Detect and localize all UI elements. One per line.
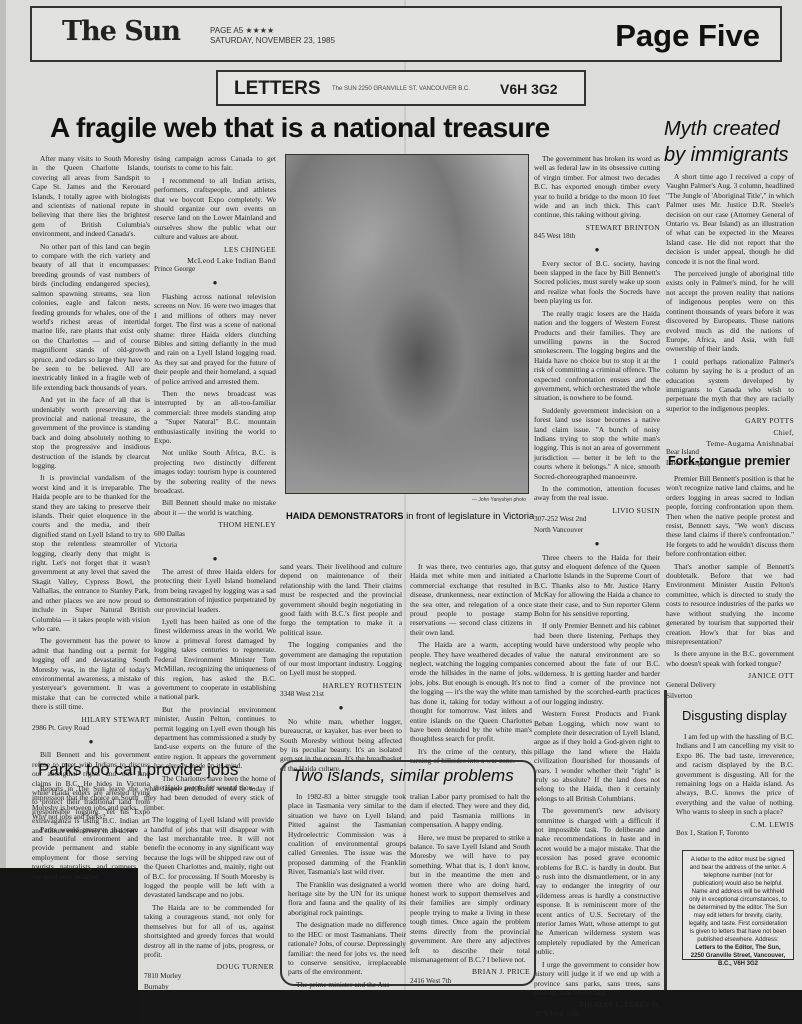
- letters-banner: LETTERS The SUN 2250 GRANVILLE ST. VANCO…: [216, 70, 586, 106]
- address: North Vancouver: [534, 526, 660, 535]
- paragraph: The arrest of three Haida elders for pro…: [154, 567, 276, 614]
- paragraph: Flashing across national television scre…: [154, 292, 276, 386]
- notice-text: A letter to the editor must be signed an…: [689, 857, 788, 943]
- paragraph: No other part of this land can begin to …: [32, 242, 150, 393]
- address: 2986 Pt. Grey Road: [32, 724, 150, 733]
- signature: THOMAS L. PERRY Jr.: [534, 1000, 660, 1009]
- letters-policy-notice: A letter to the editor must be signed an…: [682, 850, 794, 960]
- column-rule: [664, 690, 667, 990]
- islands-col-1: In 1982-83 a bitter struggle took place …: [288, 792, 406, 992]
- address: 3348 West 21st: [280, 690, 402, 699]
- issue-date: SATURDAY, NOVEMBER 23, 1985: [210, 36, 335, 46]
- address: 7810 Morley: [144, 972, 274, 981]
- page-info: PAGE A5 ★★★★ SATURDAY, NOVEMBER 23, 1985: [210, 26, 335, 46]
- background-dark-bottom: [138, 990, 802, 1024]
- signature-org: Teme-Augama Anishnabai: [666, 439, 794, 448]
- newspaper-logo: The Sun: [62, 16, 180, 47]
- paragraph: That's another sample of Bennett's doubl…: [666, 562, 794, 647]
- main-col-2: tising campaign across Canada to get tou…: [154, 154, 276, 795]
- letters-address: The SUN 2250 GRANVILLE ST. VANCOUVER B.C…: [332, 86, 470, 92]
- paragraph: The Franklin was designated a world heri…: [288, 880, 406, 918]
- signature: HILARY STEWART: [32, 715, 150, 724]
- paragraph: The perceived jungle of aboriginal title…: [666, 269, 794, 354]
- signature: DOUG TURNER: [144, 962, 274, 971]
- disgust-headline: Disgusting display: [682, 708, 787, 723]
- paragraph: I urge the government to consider how hi…: [534, 960, 660, 998]
- section-title: Page Five: [615, 18, 760, 54]
- address: General Delivery: [666, 681, 794, 690]
- address: 2416 West 7th: [410, 977, 530, 986]
- paragraph: Every sector of B.C. society, having bee…: [534, 259, 660, 306]
- address: Burnaby: [144, 983, 274, 992]
- paragraph: The Haida are to be commended for taking…: [144, 903, 274, 959]
- letters-label: LETTERS: [234, 78, 321, 100]
- address: 3876 West 15th: [534, 1010, 660, 1019]
- paragraph: Western Forest Products and Frank Beban …: [534, 709, 660, 803]
- signature: BRIAN J. PRICE: [410, 967, 530, 976]
- disgust-letter: I am fed up with the hassling of B.C. In…: [676, 732, 794, 840]
- paragraph: sand years. Their livelihood and culture…: [280, 562, 402, 637]
- photo-caption: HAIDA DEMONSTRATORS in front of legislat…: [286, 510, 534, 521]
- separator-bullet: ●: [534, 539, 660, 548]
- signature: C.M. LEWIS: [676, 820, 794, 829]
- paragraph: Not unlike South Africa, B.C. is project…: [154, 448, 276, 495]
- paragraph: Parks would preserve that rare and beaut…: [32, 825, 138, 881]
- main-col-4: It was there, two centuries ago, that Ha…: [410, 562, 532, 769]
- paragraph: The really tragic losers are the Haida n…: [534, 309, 660, 403]
- paragraph: Three cheers to the Haida for their guts…: [534, 553, 660, 619]
- signature: THOM HENLEY: [154, 520, 276, 529]
- paragraph: In 1982-83 a bitter struggle took place …: [288, 792, 406, 877]
- paragraph: Lyell has been hailed as one of the fine…: [154, 617, 276, 702]
- paragraph: Here, we must be prepared to strike a ba…: [410, 833, 530, 965]
- separator-bullet: ●: [534, 245, 660, 254]
- signature: JANICE OTT: [666, 671, 794, 680]
- paragraph: It was there, two centuries ago, that Ha…: [410, 562, 532, 637]
- page-label: PAGE A5 ★★★★: [210, 26, 335, 36]
- paragraph: And yet in the face of all that is unden…: [32, 395, 150, 470]
- paragraph: A short time ago I received a copy of Va…: [666, 172, 794, 266]
- separator-bullet: ●: [154, 554, 276, 563]
- address: 307-252 West 2nd: [534, 515, 660, 524]
- background-dark: [0, 868, 138, 1024]
- separator-bullet: ●: [154, 278, 276, 287]
- islands-col-2: tralian Labor party promised to halt the…: [410, 792, 530, 988]
- address: Prince George: [154, 265, 276, 274]
- paragraph: I am fed up with the hassling of B.C. In…: [676, 732, 794, 817]
- signature: LIVIO SUSIN: [534, 506, 660, 515]
- signature-title: Chief,: [666, 428, 794, 437]
- paragraph: Then the news broadcast was interrupted …: [154, 389, 276, 445]
- address: 600 Dallas: [154, 530, 276, 539]
- masthead: The Sun PAGE A5 ★★★★ SATURDAY, NOVEMBER …: [30, 6, 782, 62]
- paragraph: If only Premier Bennett and his cabinet …: [534, 621, 660, 706]
- paragraph: The logging of Lyell Island will provide…: [144, 815, 274, 900]
- paragraph: Is there anyone in the B.C. government w…: [666, 649, 794, 668]
- parks-headline: Parks too can provide jobs: [38, 760, 238, 780]
- address: Victoria: [154, 541, 276, 550]
- fork-headline: Fork-tongue premier: [668, 454, 790, 468]
- paragraph: The logging companies and the government…: [280, 640, 402, 678]
- paragraph: I could perhaps rationalize Palmer's col…: [666, 357, 794, 413]
- photo-credit: — John Yanyshyn photo: [472, 497, 526, 503]
- paragraph: Bill Bennett should make no mistake abou…: [154, 498, 276, 517]
- page-edge: [0, 0, 6, 870]
- main-col-3: sand years. Their livelihood and culture…: [280, 562, 402, 776]
- parks-col-1: Reports in The Sun leave the impression …: [32, 784, 138, 884]
- signature: LES CHINGEE: [154, 245, 276, 254]
- main-headline: A fragile web that is a national treasur…: [50, 112, 550, 144]
- paragraph: tising campaign across Canada to get tou…: [154, 154, 276, 173]
- paragraph: Premier Bill Bennett's position is that …: [666, 474, 794, 559]
- caption-rest: in front of legislature in Victoria: [404, 510, 535, 521]
- signature: HARLEY ROTHSTEIN: [280, 681, 402, 690]
- signature-org: McLeod Lake Indian Band: [154, 256, 276, 265]
- paragraph: In the commotion, attention focuses away…: [534, 484, 660, 503]
- paragraph: After many visits to South Moresby in th…: [32, 154, 150, 239]
- separator-bullet: ●: [32, 737, 150, 746]
- paragraph: The designation made no difference to th…: [288, 920, 406, 976]
- myth-headline: Myth created by immigrants: [664, 116, 794, 168]
- paragraph: The government's new advisory committee …: [534, 806, 660, 957]
- main-col-1: After many visits to South Moresby in th…: [32, 154, 150, 838]
- paragraph: The government has the power to admit th…: [32, 636, 150, 711]
- address: Box 1, Station F, Toronto: [676, 829, 794, 838]
- paragraph: Reports in The Sun leave the impression …: [32, 784, 138, 822]
- postal-code: V6H 3G2: [500, 81, 558, 97]
- paragraph: It is provincial vandalism of the worst …: [32, 473, 150, 633]
- caption-bold: HAIDA DEMONSTRATORS: [286, 510, 404, 521]
- signature: GARY POTTS: [666, 416, 794, 425]
- parks-col-2: what Jasper and Banff would be today if …: [144, 784, 274, 994]
- separator-bullet: ●: [280, 703, 402, 712]
- paragraph: I recommend to all Indian artists, perfo…: [154, 176, 276, 242]
- islands-headline: Two islands, similar problems: [292, 766, 514, 786]
- paragraph: The prime minister and the Aus-: [288, 980, 406, 989]
- paragraph: tralian Labor party promised to halt the…: [410, 792, 530, 830]
- address: 845 West 18th: [534, 232, 660, 241]
- photo-haida-demonstrators: — John Yanyshyn photo: [285, 154, 529, 494]
- paragraph: The Haida are a warm, accepting people. …: [410, 640, 532, 743]
- paragraph: Suddenly government indecision on a fore…: [534, 406, 660, 481]
- myth-letter: A short time ago I received a copy of Va…: [666, 172, 794, 470]
- signature: STEWART BRINTON: [534, 223, 660, 232]
- fork-letter: Premier Bill Bennett's position is that …: [666, 474, 794, 703]
- paragraph: what Jasper and Banff would be today if …: [144, 784, 274, 812]
- main-col-5: The government has broken its word as we…: [534, 154, 660, 1021]
- address: Silverton: [666, 692, 794, 701]
- paragraph: The government has broken its word as we…: [534, 154, 660, 220]
